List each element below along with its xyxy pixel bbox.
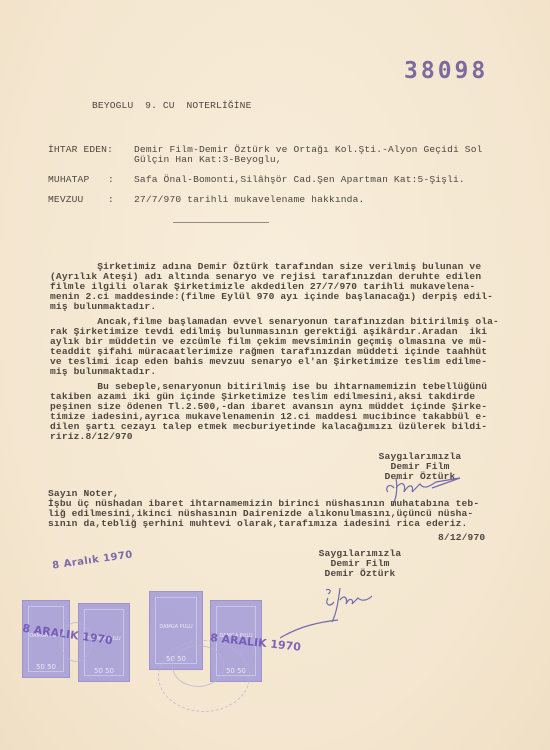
paragraph-2-line-6: miş bulunmaktadır.	[50, 367, 510, 378]
notary-seal-3	[158, 640, 250, 712]
date-stamp: 8 Aralık 1970	[52, 549, 134, 571]
recipient-colon: :	[108, 175, 114, 186]
closing-2-name: Demir Öztürk	[300, 569, 420, 580]
notary-seal-1	[60, 622, 92, 662]
header-divider	[173, 222, 269, 223]
subject-value: 27/7/970 tarihli mukavelename hakkında.	[134, 195, 364, 206]
document-number: 38098	[404, 58, 488, 84]
sender-value-line-2: Gülçin Han Kat:3-Beyoglu,	[134, 155, 282, 166]
recipient-value: Safa Önal-Bomonti,Silâhşör Cad.Şen Apart…	[134, 175, 465, 186]
addressee: BEYOGLU 9. CU NOTERLİĞİNE	[92, 101, 252, 112]
signature-2-icon	[280, 580, 390, 640]
sender-label: İHTAR EDEN:	[48, 145, 113, 156]
subject-label: MEVZUU	[48, 195, 83, 206]
paragraph-1-line-5: miş bulunmaktadır.	[50, 302, 510, 313]
paragraph-3-line-6: ririz.8/12/970	[50, 432, 510, 443]
recipient-label: MUHATAP	[48, 175, 89, 186]
document-page: 38098 BEYOGLU 9. CU NOTERLİĞİNE İHTAR ED…	[0, 0, 550, 750]
notary-date: 8/12/970	[438, 533, 485, 544]
notary-line-3: sının da,tebliğ şerhini muhtevi olarak,t…	[48, 519, 508, 530]
subject-colon: :	[108, 195, 114, 206]
